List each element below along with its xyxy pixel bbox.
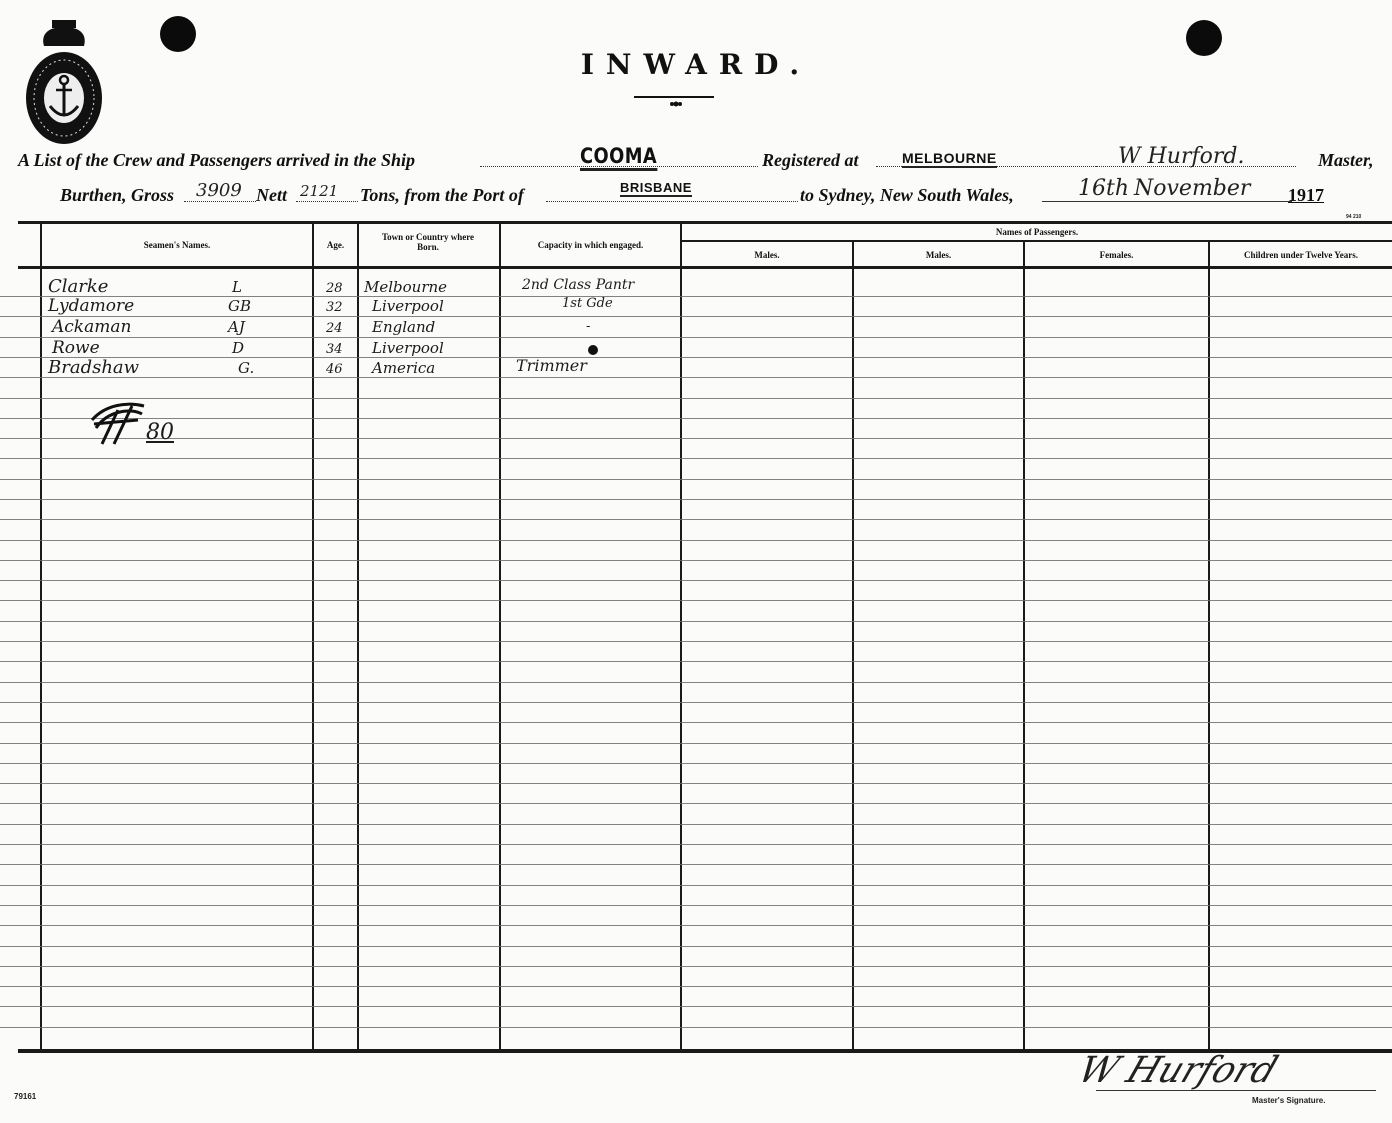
row-rule: [0, 763, 1392, 764]
row-rule: [0, 925, 1392, 926]
date-dotted-leader: [1042, 201, 1292, 202]
column-header-born: Town or Country where Born.: [375, 232, 481, 252]
row-rule: [0, 966, 1392, 967]
row-rule: [0, 702, 1392, 703]
column-header-males-2: Males.: [854, 250, 1023, 260]
row-rule: [0, 580, 1392, 581]
row-rule: [0, 337, 1392, 338]
row-2-initials: GB: [228, 297, 251, 315]
gross-dotted-leader: [184, 201, 256, 202]
row-rule: [0, 519, 1392, 520]
row-4-initials: D: [232, 339, 244, 357]
row-5-surname: Bradshaw: [48, 359, 139, 377]
column-header-seamens-names: Seamen's Names.: [42, 240, 312, 250]
column-rule-born: [357, 224, 359, 1052]
column-header-capacity: Capacity in which engaged.: [501, 240, 680, 250]
row-rule: [0, 560, 1392, 561]
row-rule: [0, 458, 1392, 459]
header-line-1-prefix: A List of the Crew and Passengers arrive…: [18, 150, 415, 171]
corner-code: 94 210: [1346, 214, 1361, 220]
document-title: INWARD.: [0, 48, 1392, 81]
row-rule: [0, 986, 1392, 987]
date-year-field: 1917: [1288, 185, 1324, 206]
row-1-born: Melbourne: [364, 278, 447, 296]
column-rule-children: [1208, 242, 1210, 1052]
master-signature-label: Master's Signature.: [1252, 1096, 1325, 1105]
row-3-born: England: [372, 318, 435, 336]
column-header-names-of-passengers: Names of Passengers.: [682, 227, 1392, 237]
row-rule: [0, 682, 1392, 683]
row-2-age: 32: [326, 299, 343, 317]
column-header-males-1: Males.: [682, 250, 852, 260]
column-rule-age: [312, 224, 314, 1052]
row-rule: [0, 783, 1392, 784]
row-rule: [0, 377, 1392, 378]
row-2-capacity: 1st Gde: [562, 295, 613, 313]
row-rule: [0, 864, 1392, 865]
column-rule-males2: [852, 242, 854, 1052]
column-header-children: Children under Twelve Years.: [1210, 250, 1392, 260]
row-rule: [0, 540, 1392, 541]
row-4-born: Liverpool: [372, 339, 444, 357]
master-signature: W Hurford: [1073, 1050, 1283, 1091]
row-rule: [0, 438, 1392, 439]
nett-tons-field: 2121: [300, 182, 338, 200]
from-port-dotted-leader: [546, 201, 798, 202]
row-2-surname: Lydamore: [48, 297, 134, 315]
row-3-capacity: -: [586, 318, 590, 336]
row-5-initials: G.: [238, 359, 254, 377]
registered-label: Registered at: [762, 150, 859, 171]
destination-label: to Sydney, New South Wales,: [800, 185, 1014, 206]
date-day-field: 16th: [1078, 176, 1129, 201]
date-month-field: November: [1134, 176, 1250, 201]
row-rule: [0, 621, 1392, 622]
table-top-rule: [18, 221, 1392, 224]
row-3-age: 24: [326, 320, 343, 338]
row-1-capacity: 2nd Class Pantr: [522, 276, 634, 294]
tons-from-port-label: Tons, from the Port of: [360, 185, 524, 206]
row-rule: [0, 661, 1392, 662]
row-3-surname: Ackaman: [52, 318, 131, 336]
row-rule: [0, 1006, 1392, 1007]
form-number: 79161: [14, 1092, 36, 1101]
row-5-born: America: [372, 359, 435, 377]
row-rule: [0, 803, 1392, 804]
row-5-age: 46: [326, 361, 343, 379]
row-rule: [0, 1027, 1392, 1028]
row-rule: [0, 844, 1392, 845]
title-ornament-dots: [670, 94, 682, 100]
passengers-group-rule: [682, 240, 1392, 242]
row-rule: [0, 824, 1392, 825]
row-rule: [0, 722, 1392, 723]
row-1-surname: Clarke: [48, 278, 108, 296]
punch-hole-left: [160, 16, 196, 52]
row-rule: [0, 499, 1392, 500]
row-4-age: 34: [326, 341, 343, 359]
master-name-field: W Hurford.: [1118, 144, 1244, 169]
row-1-age: 28: [326, 280, 343, 298]
gross-tons-field: 3909: [196, 180, 242, 201]
row-rule: [0, 316, 1392, 317]
row-rule: [0, 743, 1392, 744]
row-rule: [0, 296, 1392, 297]
row-4-surname: Rowe: [52, 339, 100, 357]
column-header-females: Females.: [1025, 250, 1208, 260]
column-header-age: Age.: [314, 240, 357, 250]
row-rule: [0, 479, 1392, 480]
master-label: Master,: [1318, 150, 1374, 171]
row-3-initials: AJ: [228, 318, 245, 336]
ink-blot: [588, 345, 598, 355]
ship-name-field: COOMA: [580, 144, 657, 171]
row-rule: [0, 641, 1392, 642]
column-rule-females: [1023, 242, 1025, 1052]
row-2-born: Liverpool: [372, 297, 444, 315]
row-rule: [0, 418, 1392, 419]
column-rule-capacity: [499, 224, 501, 1052]
row-rule: [0, 398, 1392, 399]
column-rule-left: [40, 224, 42, 1052]
table-header-bottom-rule: [18, 266, 1392, 269]
crossed-out-scribble: [88, 400, 148, 455]
from-port-field: BRISBANE: [620, 180, 692, 197]
annotation-number: 80: [146, 424, 174, 442]
registered-port-field: MELBOURNE: [902, 150, 997, 168]
row-5-capacity: Trimmer: [516, 357, 587, 375]
nett-label: Nett: [256, 185, 287, 206]
row-rule: [0, 885, 1392, 886]
row-rule: [0, 946, 1392, 947]
row-1-initials: L: [232, 278, 242, 296]
row-rule: [0, 357, 1392, 358]
nett-dotted-leader: [296, 201, 358, 202]
row-rule: [0, 600, 1392, 601]
row-rule: [0, 905, 1392, 906]
burthen-label: Burthen, Gross: [60, 185, 174, 206]
column-rule-passengers: [680, 224, 682, 1052]
